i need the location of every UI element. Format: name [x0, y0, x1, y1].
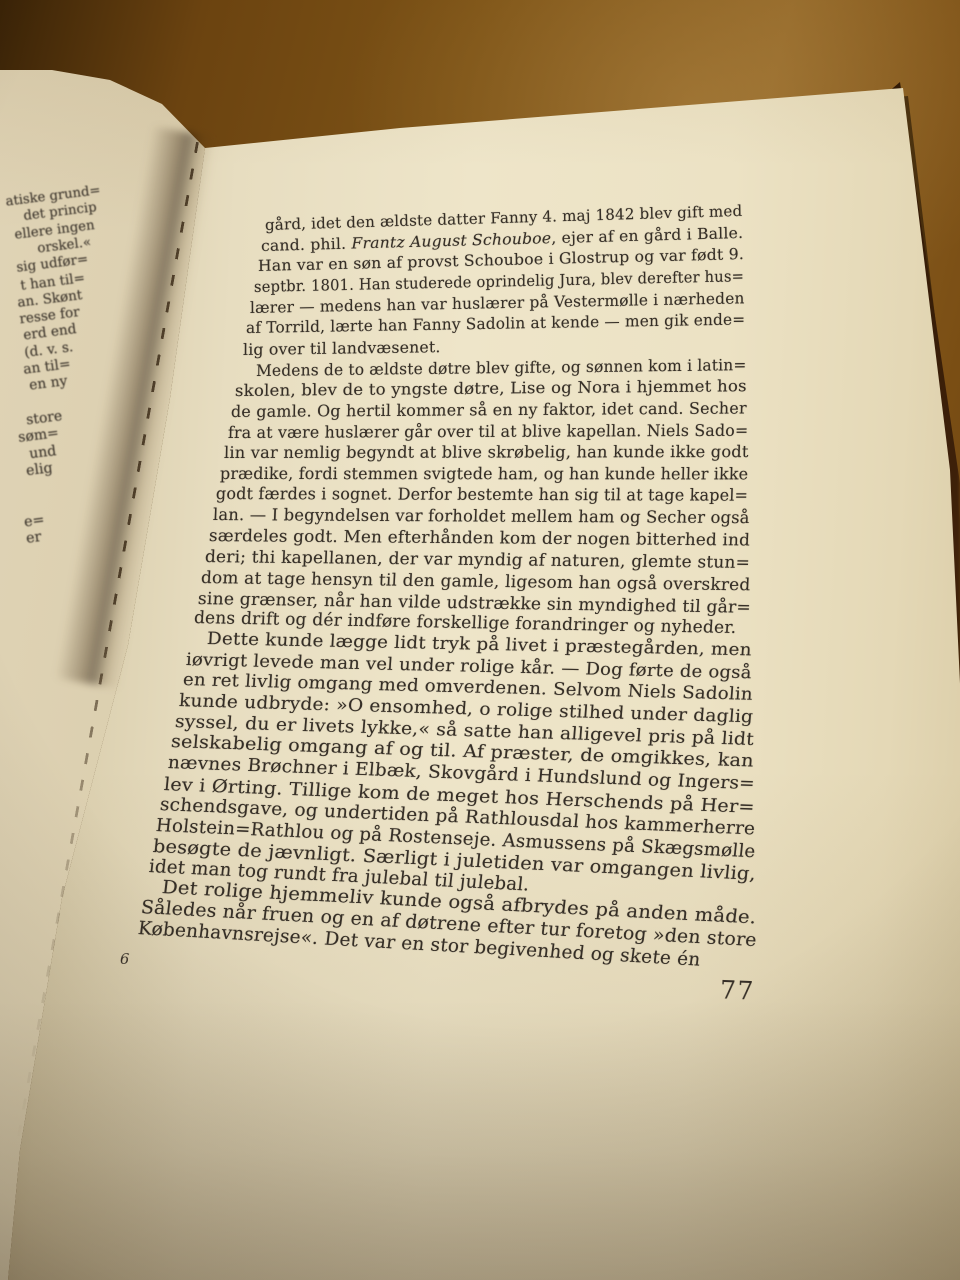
right-page-text: gård, idet den ældste datter Fanny 4. ma… — [0, 0, 960, 1280]
text-line: prædike, fordi stemmen svigtede ham, og … — [220, 464, 749, 483]
text-line: fra at være huslærer går over til at bli… — [227, 420, 747, 441]
text-line: de gamle. Og hertil kommer så en ny fakt… — [231, 398, 747, 421]
text-line: særdeles godt. Men efterhånden kom der n… — [208, 526, 750, 549]
text-line: lin var nemlig begyndt at blive skrøbeli… — [224, 442, 749, 462]
text-line: godt færdes i sognet. Derfor bestemte ha… — [216, 484, 749, 505]
text-line: lan. — I begyndelsen var forholdet melle… — [212, 505, 750, 527]
page-number: 77 — [719, 975, 755, 1005]
signature-mark: 6 — [120, 952, 130, 968]
text-line: Medens de to ældste døtre blev gifte, og… — [256, 355, 747, 380]
text-line: lig over til landvæsenet. — [242, 333, 745, 359]
book-photo: atiske grund=det principellere ingenorsk… — [0, 0, 960, 1280]
text-line: skolen, blev de to yngste døtre, Lise og… — [235, 376, 747, 400]
